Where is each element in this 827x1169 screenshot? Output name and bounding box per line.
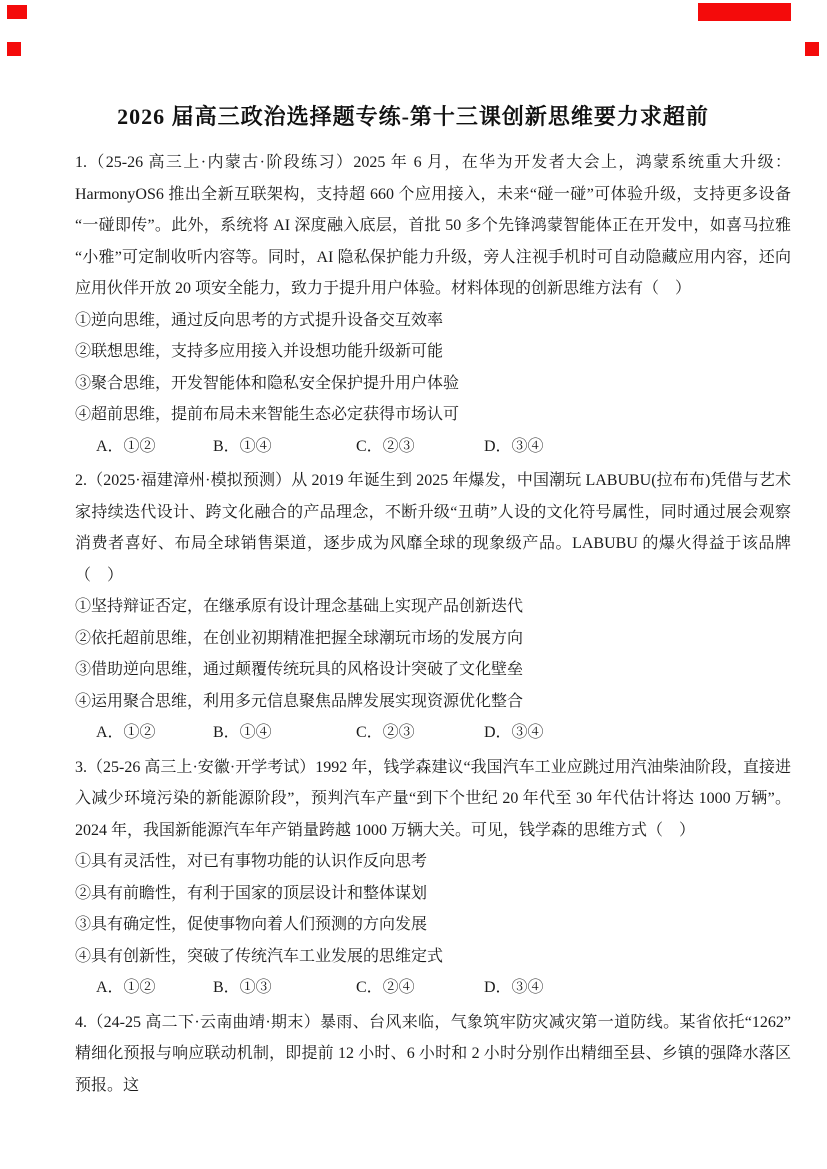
option-item-3: ③具有确定性，促使事物向着人们预测的方向发展 (75, 909, 791, 941)
choice-c: C．②③ (356, 717, 484, 749)
question-stem: 2.（2025·福建漳州·模拟预测）从 2019 年诞生到 2025 年爆发，中… (75, 465, 791, 591)
question-stem: 1.（25-26 高三上·内蒙古·阶段练习）2025 年 6 月，在华为开发者大… (75, 147, 791, 305)
answer-choices-row: A．①② B．①④ C．②③ D．③④ (75, 431, 791, 463)
question-block-3: 3.（25-26 高三上·安徽·开学考试）1992 年，钱学森建议“我国汽车工业… (75, 752, 791, 1004)
question-stem: 3.（25-26 高三上·安徽·开学考试）1992 年，钱学森建议“我国汽车工业… (75, 752, 791, 847)
document-page: 2026 届高三政治选择题专练-第十三课创新思维要力求超前 1.（25-26 高… (0, 0, 827, 1169)
choice-c: C．②④ (356, 972, 484, 1004)
question-block-2: 2.（2025·福建漳州·模拟预测）从 2019 年诞生到 2025 年爆发，中… (75, 465, 791, 749)
red-annotation-mark (698, 3, 791, 21)
question-block-1: 1.（25-26 高三上·内蒙古·阶段练习）2025 年 6 月，在华为开发者大… (75, 147, 791, 462)
choice-a: A．①② (96, 717, 213, 749)
option-item-3: ③聚合思维，开发智能体和隐私安全保护提升用户体验 (75, 368, 791, 400)
choice-b: B．①③ (213, 972, 356, 1004)
option-item-1: ①坚持辩证否定，在继承原有设计理念基础上实现产品创新迭代 (75, 591, 791, 623)
option-item-2: ②依托超前思维，在创业初期精准把握全球潮玩市场的发展方向 (75, 623, 791, 655)
question-block-4: 4.（24-25 高二下·云南曲靖·期末）暴雨、台风来临，气象筑牢防灾减灾第一道… (75, 1007, 791, 1102)
option-item-3: ③借助逆向思维，通过颠覆传统玩具的风格设计突破了文化壁垒 (75, 654, 791, 686)
choice-c: C．②③ (356, 431, 484, 463)
choice-d: D．③④ (484, 717, 544, 749)
red-annotation-mark (7, 5, 27, 19)
option-item-4: ④具有创新性，突破了传统汽车工业发展的思维定式 (75, 941, 791, 973)
choice-d: D．③④ (484, 972, 544, 1004)
option-item-1: ①逆向思维，通过反向思考的方式提升设备交互效率 (75, 305, 791, 337)
answer-choices-row: A．①② B．①④ C．②③ D．③④ (75, 717, 791, 749)
question-stem: 4.（24-25 高二下·云南曲靖·期末）暴雨、台风来临，气象筑牢防灾减灾第一道… (75, 1007, 791, 1102)
option-item-2: ②联想思维，支持多应用接入并设想功能升级新可能 (75, 336, 791, 368)
document-title: 2026 届高三政治选择题专练-第十三课创新思维要力求超前 (35, 102, 791, 132)
answer-choices-row: A．①② B．①③ C．②④ D．③④ (75, 972, 791, 1004)
red-annotation-mark (7, 42, 21, 56)
choice-a: A．①② (96, 972, 213, 1004)
red-annotation-mark (805, 42, 819, 56)
option-item-1: ①具有灵活性，对已有事物功能的认识作反向思考 (75, 846, 791, 878)
choice-b: B．①④ (213, 717, 356, 749)
document-content: 2026 届高三政治选择题专练-第十三课创新思维要力求超前 1.（25-26 高… (0, 0, 827, 1101)
option-item-4: ④运用聚合思维，利用多元信息聚焦品牌发展实现资源优化整合 (75, 686, 791, 718)
choice-a: A．①② (96, 431, 213, 463)
choice-d: D．③④ (484, 431, 544, 463)
choice-b: B．①④ (213, 431, 356, 463)
option-item-2: ②具有前瞻性，有利于国家的顶层设计和整体谋划 (75, 878, 791, 910)
option-item-4: ④超前思维，提前布局未来智能生态必定获得市场认可 (75, 399, 791, 431)
